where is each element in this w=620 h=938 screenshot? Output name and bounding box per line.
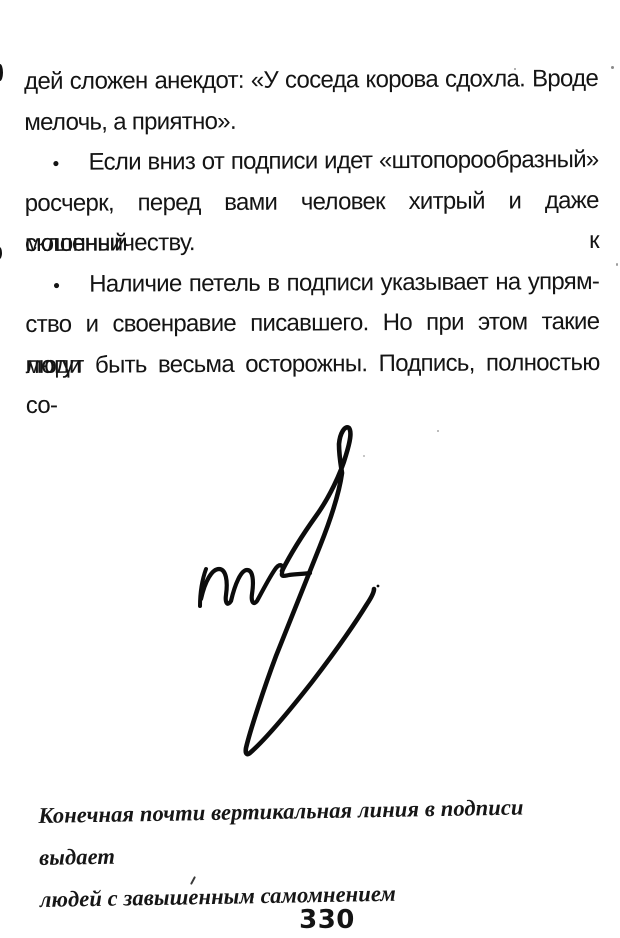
signature-ink-dot — [377, 585, 380, 588]
book-page: дей сложен анекдот: «У соседа корова сдо… — [0, 0, 620, 938]
signature-stroke — [201, 565, 310, 604]
figure-caption: Конечная почти вертикальная линия в подп… — [38, 786, 580, 921]
signature-stroke — [246, 427, 374, 754]
caption-line: Конечная почти вертикальная линия в подп… — [38, 786, 579, 879]
page-number: 330 — [0, 905, 620, 935]
